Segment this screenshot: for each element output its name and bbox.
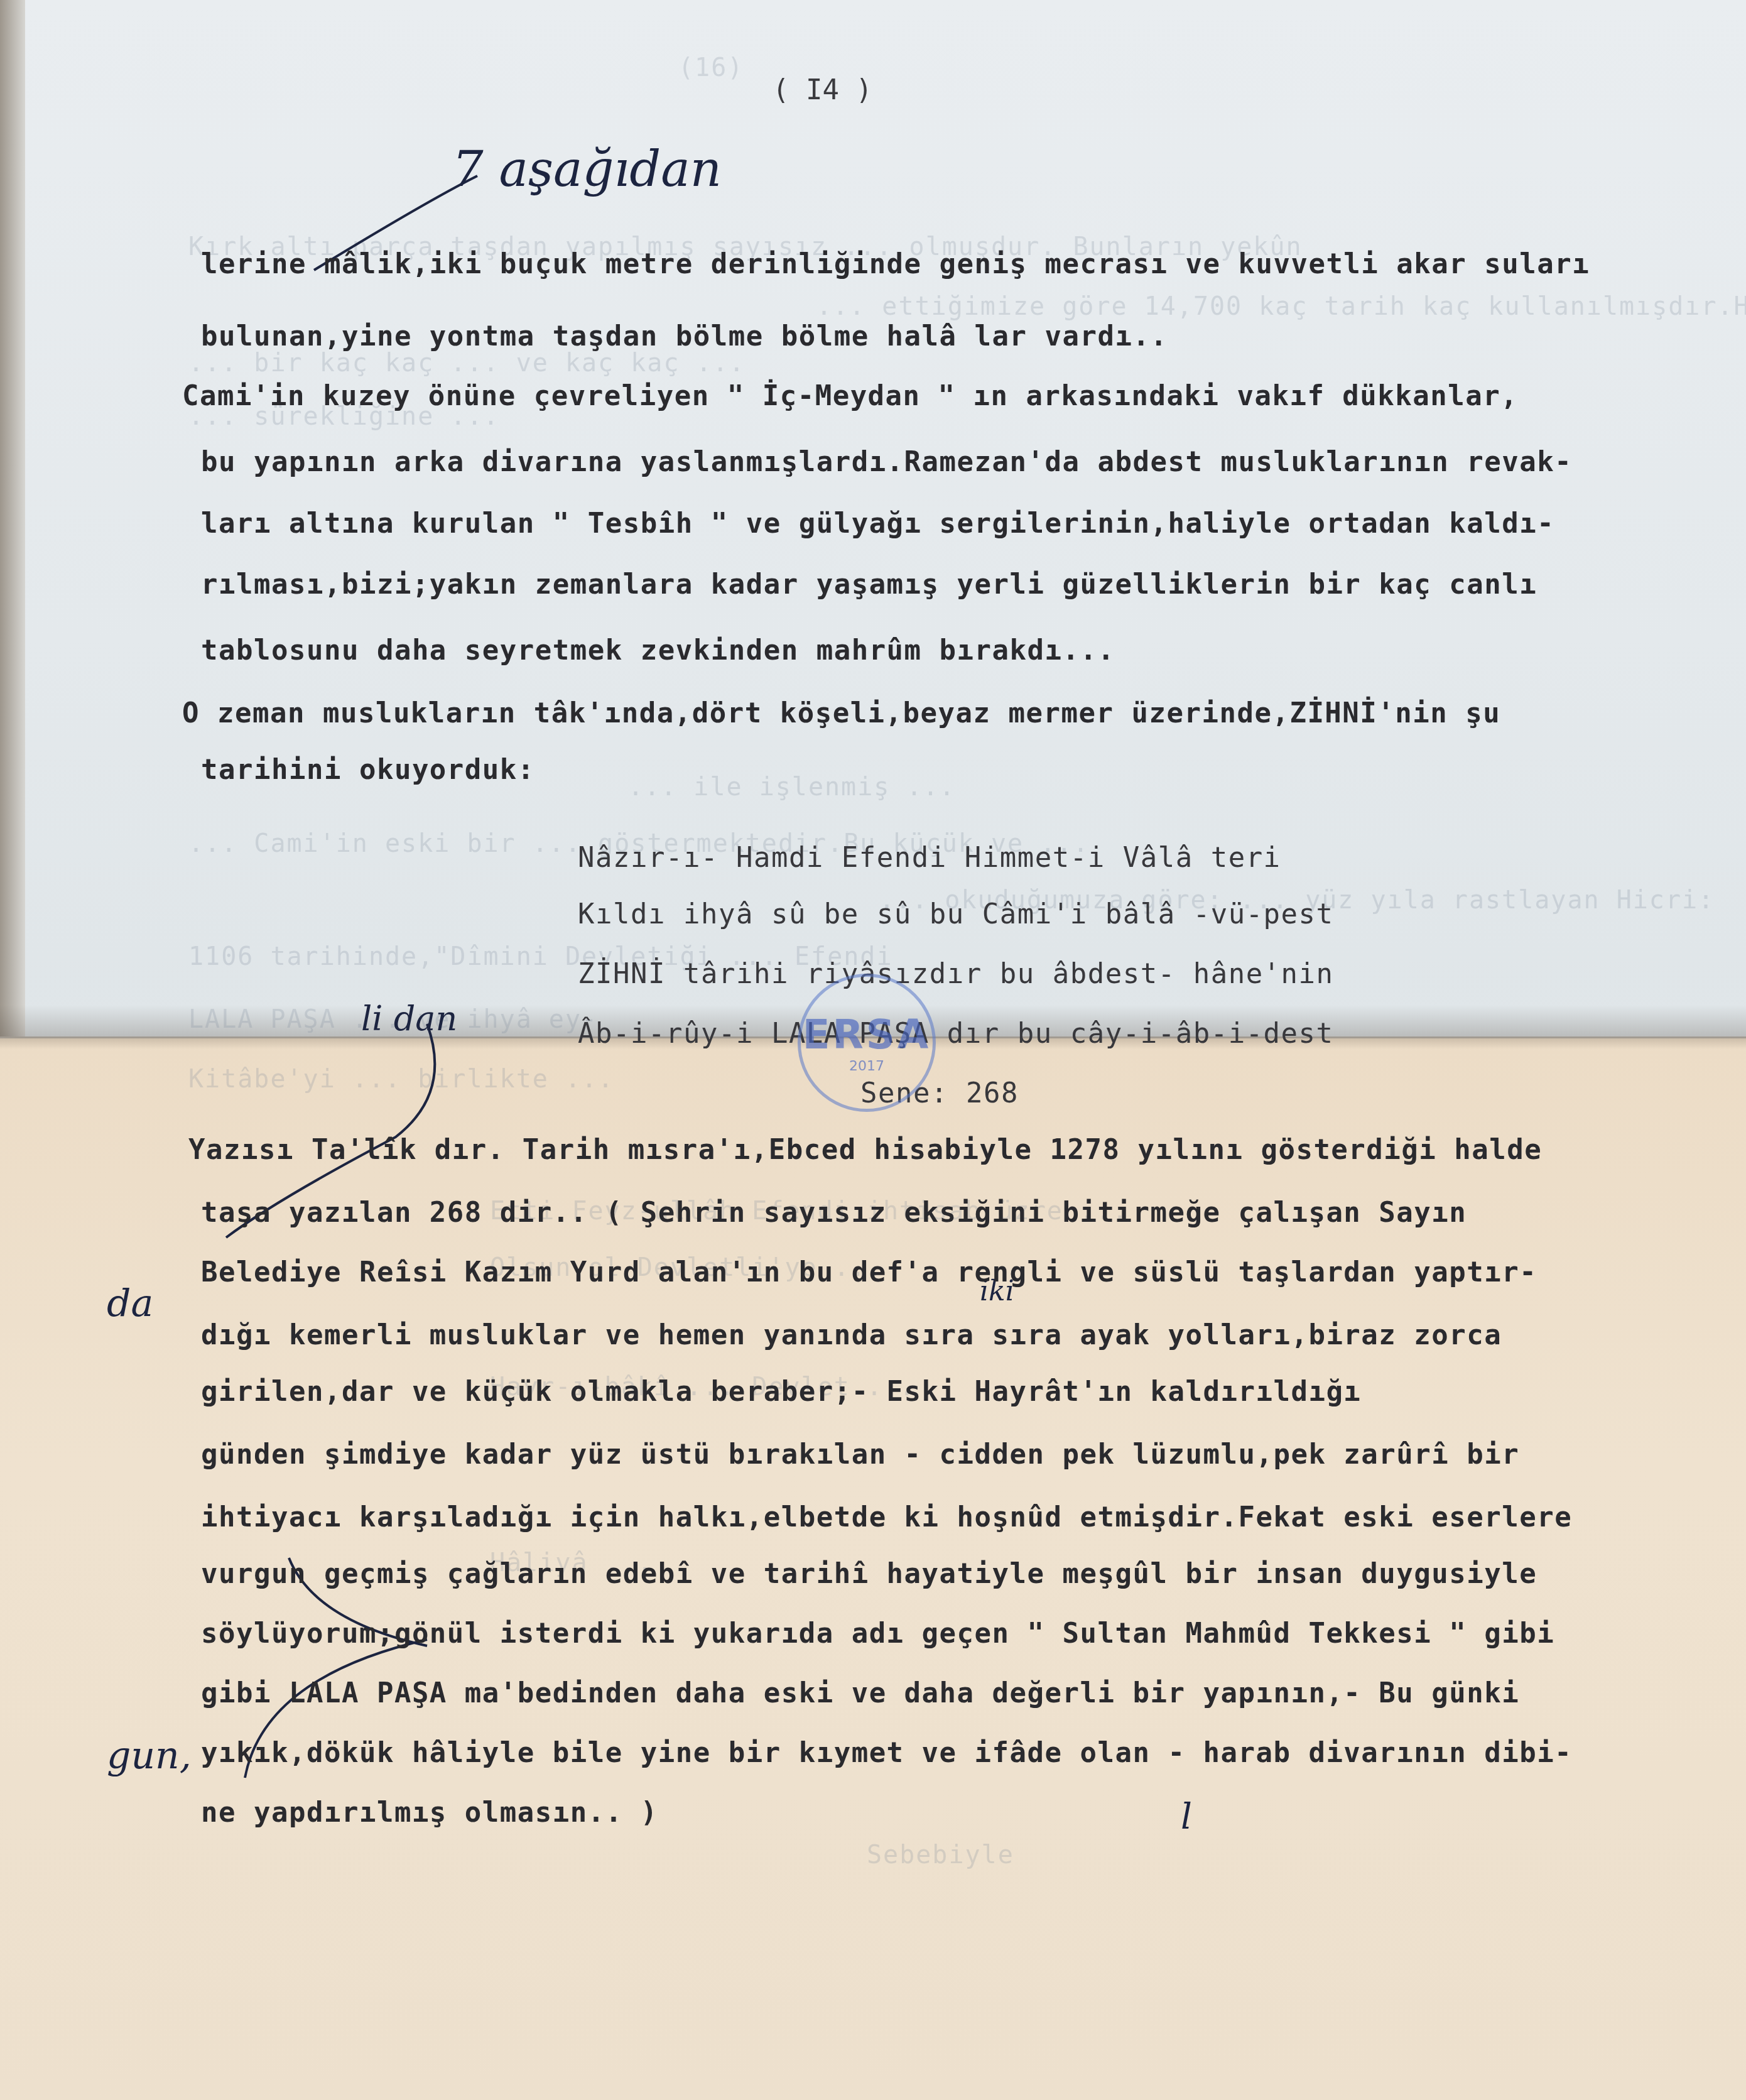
text-line: lerine mâlik,iki buçuk metre derinliğind… bbox=[201, 248, 1590, 280]
stamp-logo-text: ERSA bbox=[803, 1012, 931, 1058]
text-line: Belediye Reîsi Kazım Yurd alan'ın bu def… bbox=[201, 1256, 1537, 1288]
text-line: Cami'in kuzey önüne çevreliyen " İç-Meyd… bbox=[182, 380, 1518, 412]
bleed-line: ... bir kaç kaç ... ve kaç kaç ... bbox=[188, 349, 746, 378]
bleed-line: ... ile işlenmiş ... bbox=[628, 773, 956, 802]
page-number: ( I4 ) bbox=[773, 74, 872, 106]
text-line: bulunan,yine yontma taşdan bölme bölme h… bbox=[201, 320, 1168, 352]
text-line: bu yapının arka divarına yaslanmışlardı.… bbox=[201, 446, 1572, 478]
interlinear-note: l bbox=[1181, 1797, 1192, 1837]
text-line: taşa yazılan 268 dir.. ( Şehrin sayısız … bbox=[201, 1197, 1467, 1229]
text-line: O zeman muslukların tâk'ında,dört köşeli… bbox=[182, 697, 1500, 729]
stamp-year: 2017 bbox=[849, 1058, 884, 1074]
text-line: ne yapdırılmış olmasın.. ) bbox=[201, 1797, 658, 1829]
bleed-page-number: (16) bbox=[678, 53, 744, 82]
text-line: vurgun geçmiş çağların edebî ve tarihî h… bbox=[201, 1558, 1537, 1590]
bleed-line: Sebebiyle bbox=[867, 1841, 1014, 1869]
margin-note: gun, bbox=[107, 1734, 192, 1778]
text-line: dığı kemerli musluklar ve hemen yanında … bbox=[201, 1319, 1502, 1351]
library-stamp: ERSA 2017 bbox=[798, 974, 936, 1112]
poem-line: Kıldı ihyâ sû be sû bu Câmi'i bâlâ -vü-p… bbox=[578, 898, 1334, 930]
text-line: yıkık,dökük hâliyle bile yine bir kıymet… bbox=[201, 1737, 1572, 1769]
text-line: ihtiyacı karşıladığı için halkı,elbetde … bbox=[201, 1501, 1572, 1533]
poem-line: ZİHNİ târihi riyâsızdır bu âbdest- hâne'… bbox=[578, 958, 1334, 990]
text-line: Yazısı Ta'lîk dır. Tarih mısra'ı,Ebced h… bbox=[188, 1134, 1542, 1166]
text-line: girilen,dar ve küçük olmakla beraber;- E… bbox=[201, 1376, 1361, 1408]
text-line: günden şimdiye kadar yüz üstü bırakılan … bbox=[201, 1439, 1519, 1471]
text-line: ları altına kurulan " Tesbîh " ve gülyağ… bbox=[201, 508, 1554, 540]
text-line: söylüyorum;gönül isterdi ki yukarıda adı… bbox=[201, 1618, 1554, 1650]
text-line: rılması,bizi;yakın zemanlara kadar yaşam… bbox=[201, 569, 1537, 601]
poem-line: Nâzır-ı- Hamdi Efendi Himmet-i Vâlâ teri bbox=[578, 842, 1281, 874]
text-line: gibi LALA PAŞA ma'bedinden daha eski ve … bbox=[201, 1677, 1519, 1709]
text-line: tablosunu daha seyretmek zevkinden mahrû… bbox=[201, 634, 1115, 666]
poem-line: Âb-i-rûy-i LALA PAŞA dır bu cây-i-âb-i-d… bbox=[578, 1018, 1334, 1050]
bleed-line: ... ettiğimize göre 14,700 kaç tarih kaç… bbox=[816, 292, 1746, 321]
page-binding-edge bbox=[0, 0, 25, 1062]
text-line: tarihini okuyorduk: bbox=[201, 754, 535, 786]
handwritten-heading: 7 aşağıdan bbox=[452, 141, 722, 198]
margin-note: da bbox=[107, 1281, 153, 1325]
